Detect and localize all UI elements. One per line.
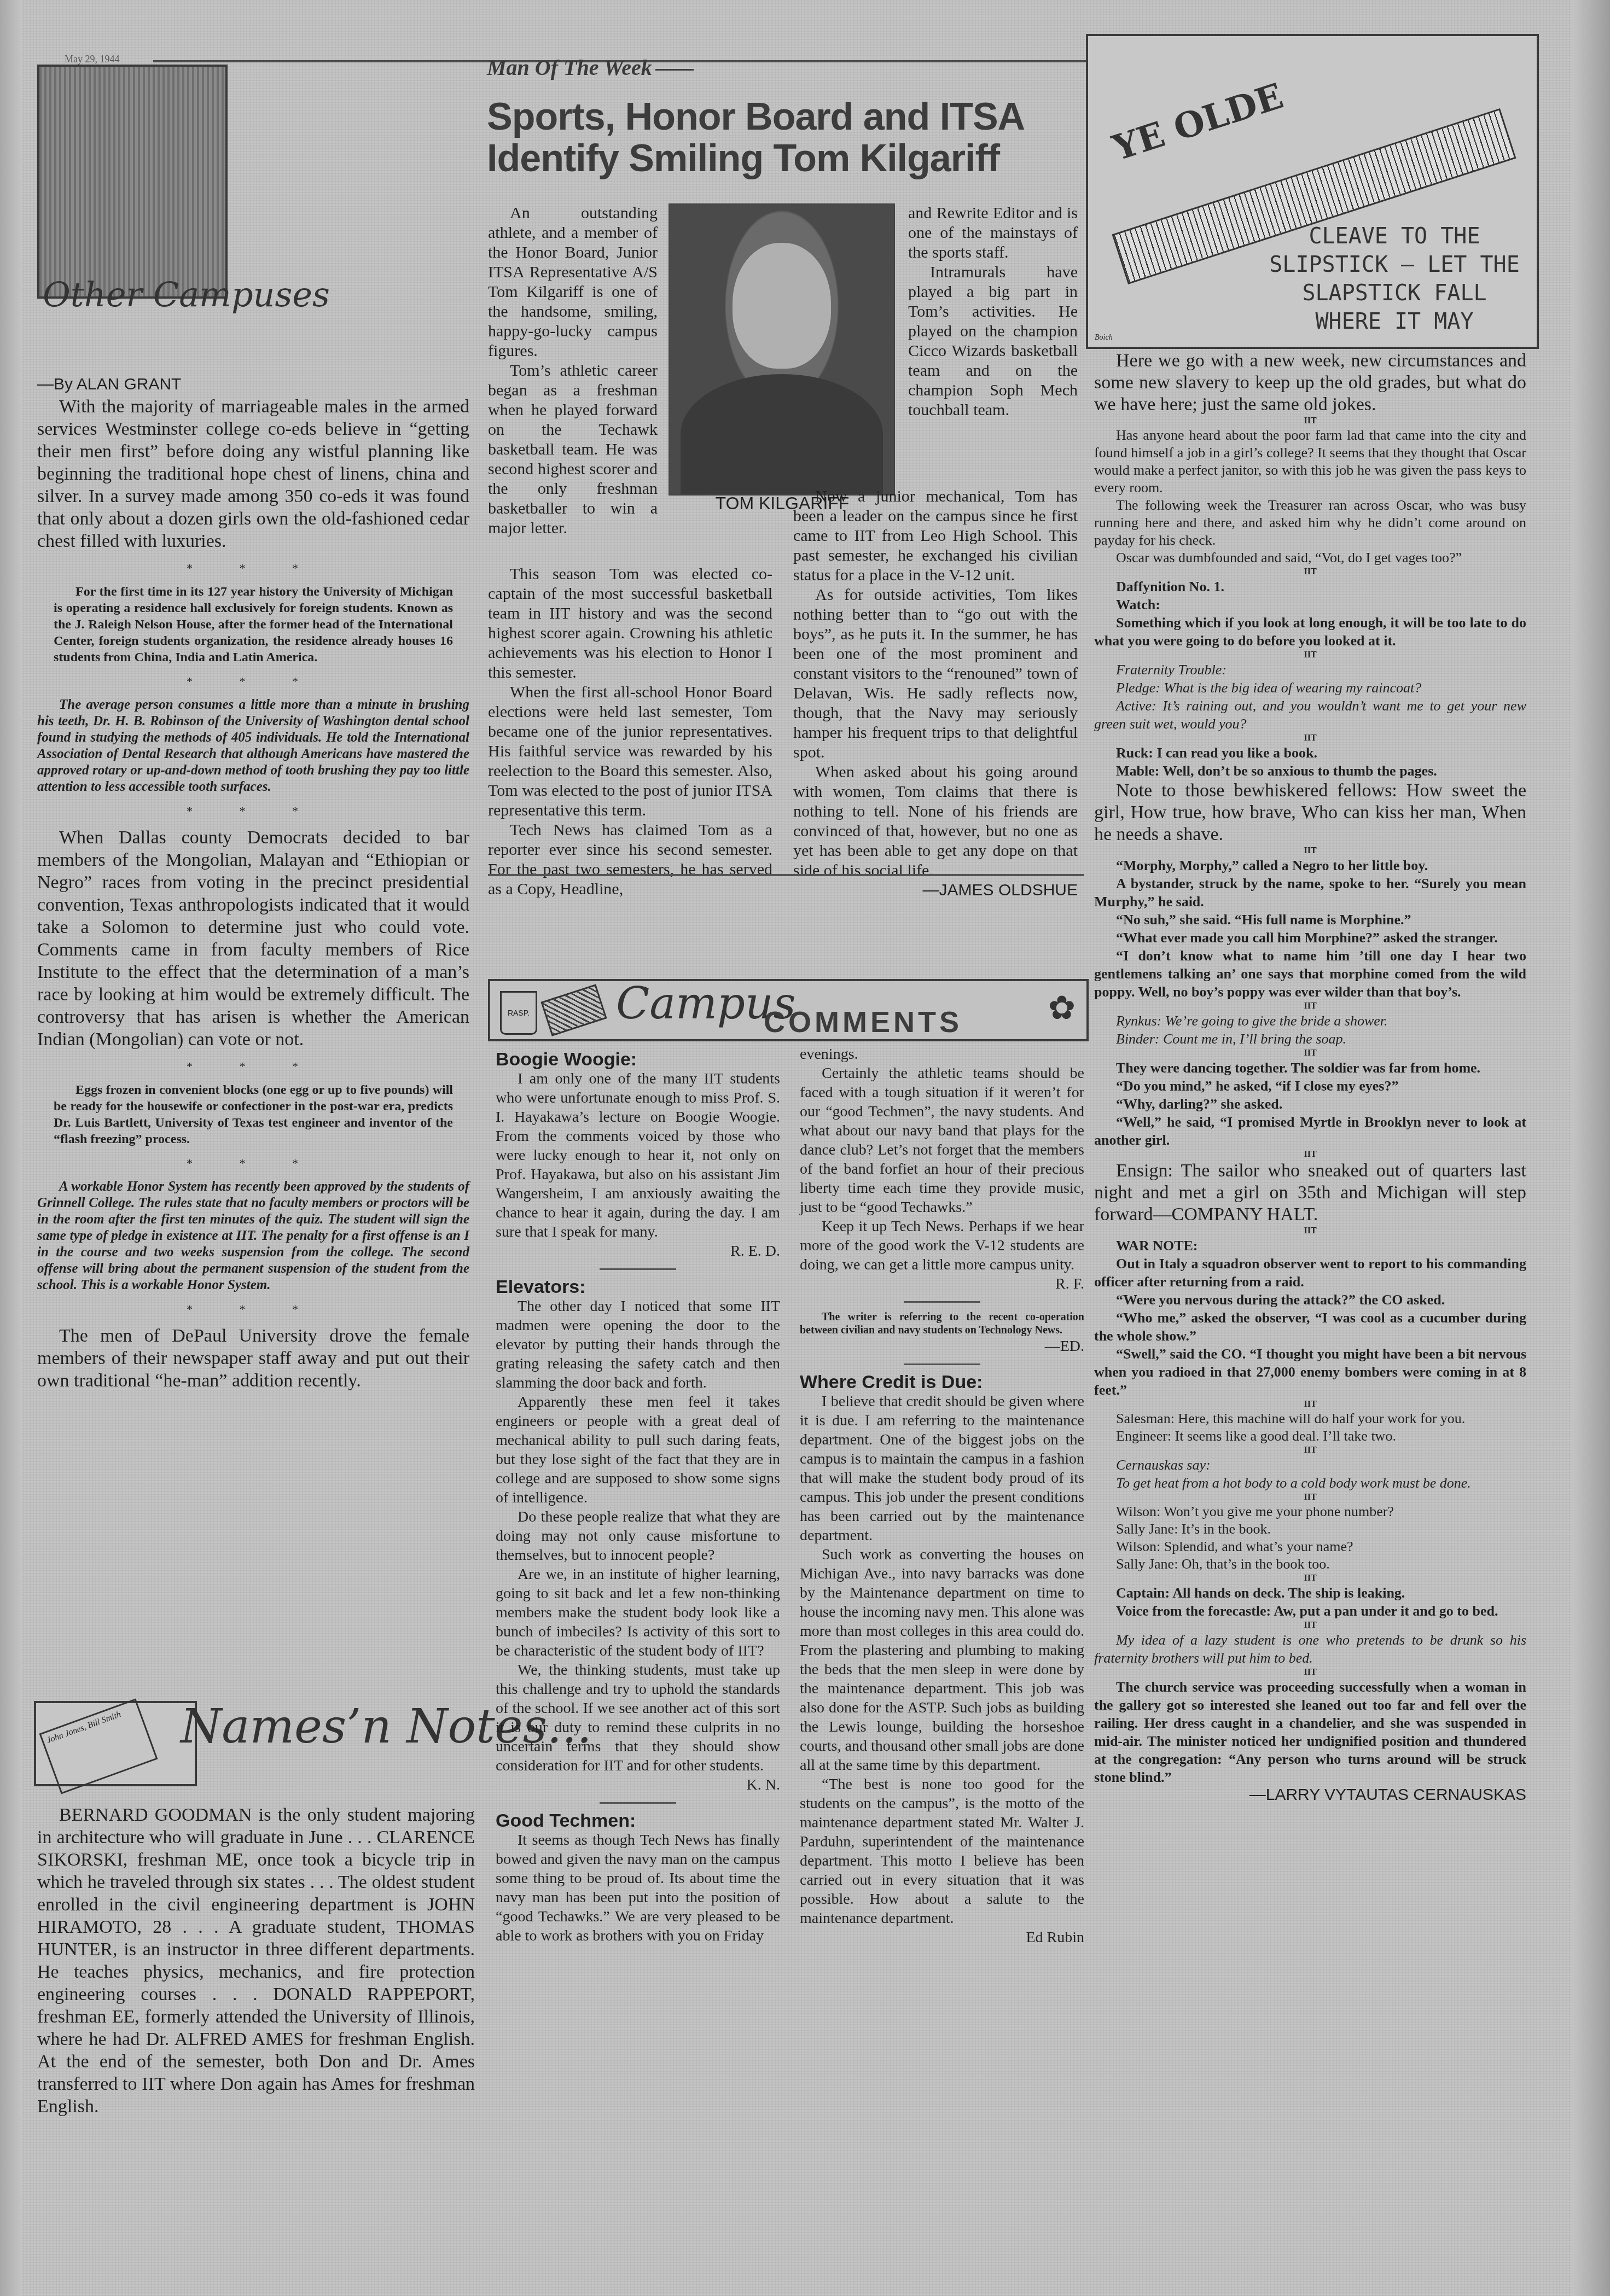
- letter-signature: K. N.: [496, 1775, 780, 1794]
- iit-divider: IIT: [1094, 650, 1526, 661]
- joke-paragraph: Ensign: The sailor who sneaked out of qu…: [1094, 1160, 1526, 1226]
- joke-paragraph: Cernauskas say:: [1094, 1456, 1526, 1474]
- iit-divider: IIT: [1094, 1048, 1526, 1059]
- joke-paragraph: “What ever made you call him Morphine?” …: [1094, 929, 1526, 947]
- joke-paragraph: Active: It’s raining out, and you wouldn…: [1094, 697, 1526, 733]
- section-separator: * * *: [37, 1055, 469, 1077]
- artist-signature: Boich: [1095, 334, 1113, 342]
- letter-paragraph: Do these people realize that what they a…: [496, 1507, 780, 1565]
- joke-paragraph: “Were you nervous during the attack?” th…: [1094, 1291, 1526, 1309]
- ye-olde-column: Here we go with a new week, new circumst…: [1094, 350, 1526, 1804]
- letter-paragraph: I believe that credit should be given wh…: [800, 1392, 1084, 1545]
- joke-paragraph: Sally Jane: Oh, that’s in the book too.: [1094, 1555, 1526, 1573]
- article-paragraph: The average person consumes a little mor…: [37, 697, 469, 795]
- section-separator: * * *: [37, 670, 469, 692]
- article-paragraph: Tom’s athletic career began as a freshma…: [488, 361, 658, 538]
- letter-paragraph: evenings.: [800, 1045, 1084, 1064]
- iit-divider: IIT: [1094, 1667, 1526, 1678]
- joke-paragraph: Salesman: Here, this machine will do hal…: [1094, 1410, 1526, 1427]
- joke-paragraph: “Well,” he said, “I promised Myrtle in B…: [1094, 1113, 1526, 1149]
- letter-signature: R. E. D.: [496, 1242, 780, 1261]
- portrait-shoulders: [681, 374, 883, 494]
- article-paragraph: For the first time in its 127 year histo…: [37, 584, 469, 666]
- man-of-week-col1: An outstanding athlete, and a member of …: [488, 203, 658, 538]
- joke-paragraph: Something which if you look at long enou…: [1094, 614, 1526, 650]
- joke-paragraph: “Swell,” said the CO. “I thought you mig…: [1094, 1345, 1526, 1399]
- iit-divider: IIT: [1094, 846, 1526, 856]
- iit-divider: IIT: [1094, 567, 1526, 578]
- article-paragraph: With the majority of marriageable males …: [37, 395, 469, 552]
- comments-title: COMMENTS: [764, 1005, 962, 1039]
- joke-paragraph: A bystander, struck by the name, spoke t…: [1094, 875, 1526, 911]
- joke-paragraph: Oscar was dumbfounded and said, “Vot, do…: [1094, 549, 1526, 567]
- iit-divider: IIT: [1094, 1001, 1526, 1012]
- iit-divider: IIT: [1094, 1620, 1526, 1631]
- joke-paragraph: To get heat from a hot body to a cold bo…: [1094, 1474, 1526, 1492]
- byline: —By ALAN GRANT: [37, 373, 469, 395]
- campus-comments-banner: RASP. Campus COMMENTS ✿: [488, 979, 1089, 1041]
- joke-paragraph: Here we go with a new week, new circumst…: [1094, 350, 1526, 416]
- iit-divider: IIT: [1094, 1149, 1526, 1160]
- joke-paragraph: They were dancing together. The soldier …: [1094, 1059, 1526, 1077]
- section-divider: [488, 874, 1084, 876]
- joke-paragraph: “Why, darling?” she asked.: [1094, 1095, 1526, 1113]
- article-paragraph: Intramurals have played a big part in To…: [908, 263, 1078, 420]
- joke-paragraph: Pledge: What is the big idea of wearing …: [1094, 679, 1526, 697]
- letter-divider: [904, 1301, 980, 1303]
- iit-divider: IIT: [1094, 1573, 1526, 1584]
- joke-paragraph: “I don’t know what to name him ’till one…: [1094, 947, 1526, 1001]
- letter-heading: Boogie Woogie:: [496, 1050, 780, 1069]
- campus-building-illustration: [37, 65, 228, 299]
- other-campuses-column: —By ALAN GRANT With the majority of marr…: [37, 373, 469, 1392]
- letter-signature: R. F.: [800, 1274, 1084, 1293]
- article-paragraph: This season Tom was elected co-captain o…: [488, 564, 772, 683]
- iit-divider: IIT: [1094, 416, 1526, 427]
- iit-divider: IIT: [1094, 1445, 1526, 1456]
- article-paragraph: When Dallas county Democrats decided to …: [37, 826, 469, 1051]
- joke-paragraph: Wilson: Won’t you give me your phone num…: [1094, 1503, 1526, 1520]
- article-paragraph: The men of DePaul University drove the f…: [37, 1325, 469, 1392]
- iit-divider: IIT: [1094, 1226, 1526, 1237]
- article-paragraph: When asked about his going around with w…: [793, 762, 1078, 881]
- letter-paragraph: It seems as though Tech News has finally…: [496, 1831, 780, 1945]
- letter-signature: Ed Rubin: [800, 1928, 1084, 1947]
- joke-paragraph: Rynkus: We’re going to give the bride a …: [1094, 1012, 1526, 1030]
- article-paragraph: Now a junior mechanical, Tom has been a …: [793, 487, 1078, 585]
- column-signature: —LARRY VYTAUTAS CERNAUSKAS: [1094, 1786, 1526, 1804]
- names-notes-banner: John Jones, Bill Smith: [34, 1701, 197, 1786]
- ye-olde-motto: CLEAVE TO THE SLIPSTICK – LET THE SLAPST…: [1263, 222, 1526, 336]
- joke-paragraph: Note to those bewhiskered fellows: How s…: [1094, 780, 1526, 846]
- joke-paragraph: Mable: Well, don’t be so anxious to thum…: [1094, 762, 1526, 780]
- campus-comments-right: evenings. Certainly the athletic teams s…: [800, 1045, 1084, 1947]
- page-edge-left: [0, 0, 22, 2296]
- joke-paragraph: Ruck: I can read you like a book.: [1094, 744, 1526, 762]
- article-paragraph: As for outside activities, Tom likes not…: [793, 585, 1078, 762]
- letter-divider: [600, 1268, 676, 1270]
- joke-paragraph: “No suh,” she said. “His full name is Mo…: [1094, 911, 1526, 929]
- autograph-pad-icon: John Jones, Bill Smith: [39, 1698, 158, 1794]
- joke-paragraph: “Morphy, Morphy,” called a Negro to her …: [1094, 856, 1526, 875]
- raspberry-basket-icon: RASP.: [500, 991, 537, 1035]
- letter-paragraph: Certainly the athletic teams should be f…: [800, 1064, 1084, 1217]
- joke-paragraph: Fraternity Trouble:: [1094, 661, 1526, 679]
- joke-paragraph: Watch:: [1094, 596, 1526, 614]
- author-signature: —JAMES OLDSHUE: [793, 881, 1078, 900]
- joke-paragraph: The church service was proceeding succes…: [1094, 1678, 1526, 1786]
- man-of-week-col2: and Rewrite Editor and is one of the mai…: [908, 203, 1078, 420]
- joke-paragraph: Voice from the forecastle: Aw, put a pan…: [1094, 1602, 1526, 1620]
- man-of-week-kicker: Man Of The Week: [487, 55, 694, 80]
- letter-paragraph: The other day I noticed that some IIT ma…: [496, 1297, 780, 1392]
- letter-divider: [904, 1363, 980, 1365]
- joke-paragraph: “Who me,” asked the observer, “I was coo…: [1094, 1309, 1526, 1345]
- letter-paragraph: Are we, in an institute of higher learni…: [496, 1565, 780, 1660]
- joke-paragraph: The following week the Treasurer ran acr…: [1094, 497, 1526, 549]
- letter-paragraph: Keep it up Tech News. Perhaps if we hear…: [800, 1217, 1084, 1274]
- section-separator: * * *: [37, 800, 469, 822]
- article-paragraph: When the first all-school Honor Board el…: [488, 683, 772, 820]
- flower-icon: ✿: [1048, 989, 1076, 1027]
- section-separator: * * *: [37, 1298, 469, 1320]
- man-of-week-col2b: Now a junior mechanical, Tom has been a …: [793, 487, 1078, 900]
- joke-paragraph: Wilson: Splendid, and what’s your name?: [1094, 1538, 1526, 1555]
- iit-divider: IIT: [1094, 1492, 1526, 1503]
- joke-paragraph: Sally Jane: It’s in the book.: [1094, 1520, 1526, 1538]
- editor-signature: —ED.: [800, 1337, 1084, 1356]
- joke-paragraph: Daffynition No. 1.: [1094, 578, 1526, 596]
- joke-paragraph: WAR NOTE:: [1094, 1237, 1526, 1255]
- letter-heading: Good Techmen:: [496, 1811, 780, 1831]
- ye-olde-banner: YE OLDE CLEAVE TO THE SLIPSTICK – LET TH…: [1086, 34, 1539, 349]
- portrait-face: [733, 243, 831, 369]
- letter-paragraph: We, the thinking students, must take up …: [496, 1660, 780, 1775]
- editor-note: The writer is referring to the recent co…: [800, 1310, 1084, 1337]
- iit-divider: IIT: [1094, 733, 1526, 744]
- article-paragraph: A workable Honor System has recently bee…: [37, 1179, 469, 1293]
- joke-paragraph: Captain: All hands on deck. The ship is …: [1094, 1584, 1526, 1602]
- article-paragraph: BERNARD GOODMAN is the only student majo…: [37, 1804, 475, 2118]
- article-paragraph: Tech News has claimed Tom as a reporter …: [488, 820, 772, 899]
- section-separator: * * *: [37, 1152, 469, 1174]
- issue-date: May 29, 1944: [65, 54, 120, 65]
- letter-paragraph: “The best is none too good for the stude…: [800, 1775, 1084, 1928]
- section-separator: * * *: [37, 557, 469, 579]
- ye-olde-title: YE OLDE: [1108, 75, 1288, 169]
- portrait-photo: [669, 203, 895, 496]
- campus-comments-left: Boogie Woogie: I am only one of the many…: [496, 1045, 780, 1945]
- man-of-week-col1b: This season Tom was elected co-captain o…: [488, 564, 772, 899]
- iit-divider: IIT: [1094, 1399, 1526, 1410]
- article-paragraph: Eggs frozen in convenient blocks (one eg…: [37, 1082, 469, 1147]
- joke-paragraph: My idea of a lazy student is one who pre…: [1094, 1631, 1526, 1667]
- letter-paragraph: I am only one of the many IIT students w…: [496, 1069, 780, 1242]
- letter-paragraph: Such work as converting the houses on Mi…: [800, 1545, 1084, 1775]
- joke-paragraph: Engineer: It seems like a good deal. I’l…: [1094, 1427, 1526, 1445]
- article-paragraph: and Rewrite Editor and is one of the mai…: [908, 203, 1078, 263]
- other-campuses-banner-title: Other Campuses: [43, 279, 330, 311]
- striped-box-icon: [540, 984, 607, 1036]
- letter-heading: Where Credit is Due:: [800, 1373, 1084, 1392]
- joke-paragraph: Has anyone heard about the poor farm lad…: [1094, 427, 1526, 497]
- names-notes-column: BERNARD GOODMAN is the only student majo…: [37, 1804, 475, 2118]
- joke-paragraph: “Do you mind,” he asked, “if I close my …: [1094, 1077, 1526, 1095]
- page-edge-right: [1572, 0, 1610, 2296]
- letter-heading: Elevators:: [496, 1278, 780, 1297]
- article-headline: Sports, Honor Board and ITSA Identify Sm…: [487, 96, 1034, 179]
- joke-paragraph: Out in Italy a squadron observer went to…: [1094, 1255, 1526, 1291]
- article-paragraph: An outstanding athlete, and a member of …: [488, 203, 658, 361]
- letter-paragraph: Apparently these men feel it takes engin…: [496, 1392, 780, 1507]
- joke-paragraph: Binder: Count me in, I’ll bring the soap…: [1094, 1030, 1526, 1048]
- newspaper-page: May 29, 1944 THREE Other Campuses —By AL…: [0, 0, 1610, 2296]
- letter-divider: [600, 1802, 676, 1804]
